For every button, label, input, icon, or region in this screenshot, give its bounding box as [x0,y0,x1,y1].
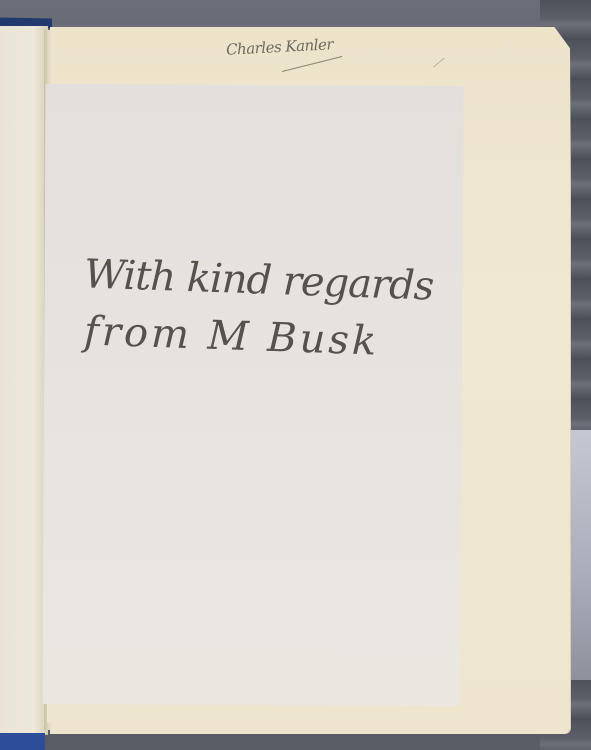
left-flyleaf [0,26,48,735]
photo-scene: Charles Kanler With kind regards from M … [0,0,591,750]
handwritten-inscription: With kind regards from M Busk [84,256,464,368]
book-cover-bottom-edge [0,733,45,750]
inserted-card [42,84,463,706]
page-margin-bottom [47,703,463,723]
inscription-line-2: from M Busk [83,301,465,374]
